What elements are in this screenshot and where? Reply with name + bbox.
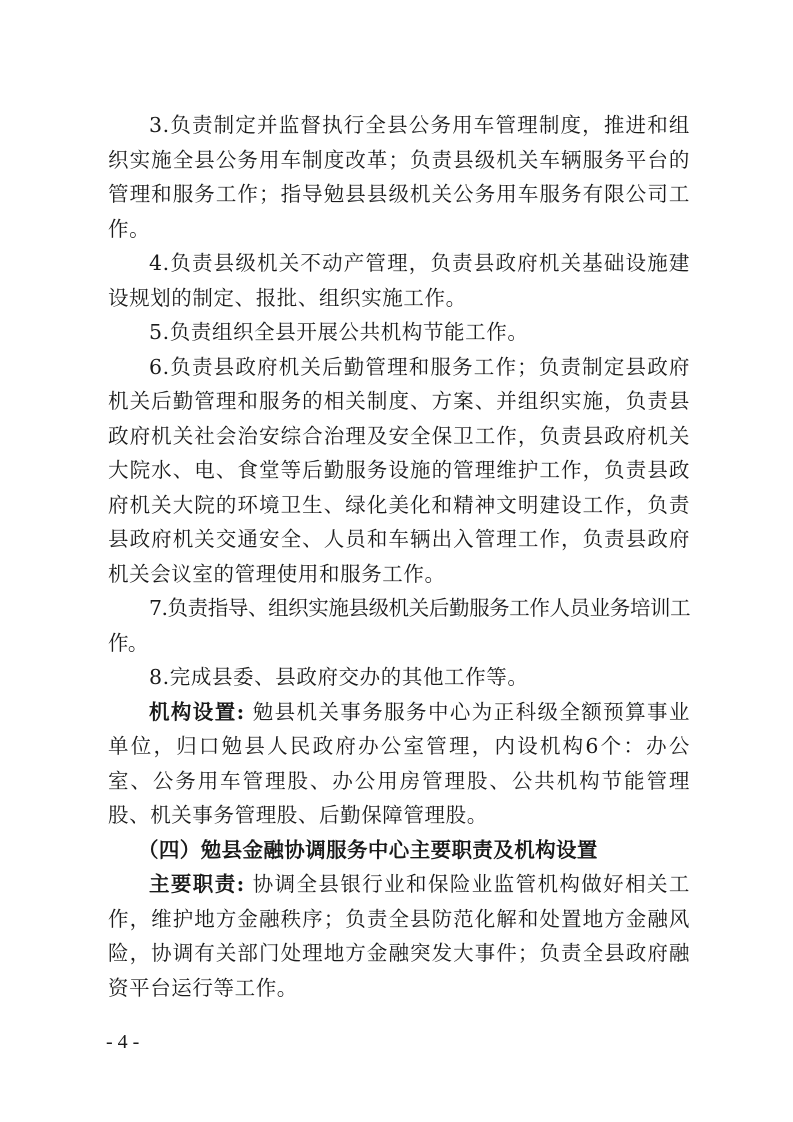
paragraph-main-duties: 主要职责: 协调全县银行业和保险业监管机构做好相关工作，维护地方金融秩序；负责全…	[108, 867, 690, 1005]
paragraph-org-setup: 机构设置: 勉县机关事务服务中心为正科级全额预算事业单位，归口勉县人民政府办公室…	[108, 695, 690, 833]
paragraph-item-8: 8.完成县委、县政府交办的其他工作等。	[108, 660, 690, 695]
main-duties-label: 主要职责:	[149, 872, 245, 896]
paragraph-item-3: 3.负责制定并监督执行全县公务用车管理制度，推进和组织实施全县公务用车制度改革；…	[108, 108, 690, 246]
paragraph-item-5: 5.负责组织全县开展公共机构节能工作。	[108, 315, 690, 350]
paragraph-item-7: 7.负责指导、组织实施县级机关后勤服务工作人员业务培训工作。	[108, 591, 690, 660]
document-page: 3.负责制定并监督执行全县公务用车管理制度，推进和组织实施全县公务用车制度改革；…	[108, 108, 690, 1005]
section-heading: （四）勉县金融协调服务中心主要职责及机构设置	[108, 833, 690, 868]
page-number: - 4 -	[106, 1031, 139, 1054]
paragraph-item-6: 6.负责县政府机关后勤管理和服务工作；负责制定县政府机关后勤管理和服务的相关制度…	[108, 350, 690, 592]
paragraph-item-4: 4.负责县级机关不动产管理，负责县政府机关基础设施建设规划的制定、报批、组织实施…	[108, 246, 690, 315]
org-setup-label: 机构设置:	[149, 700, 245, 724]
